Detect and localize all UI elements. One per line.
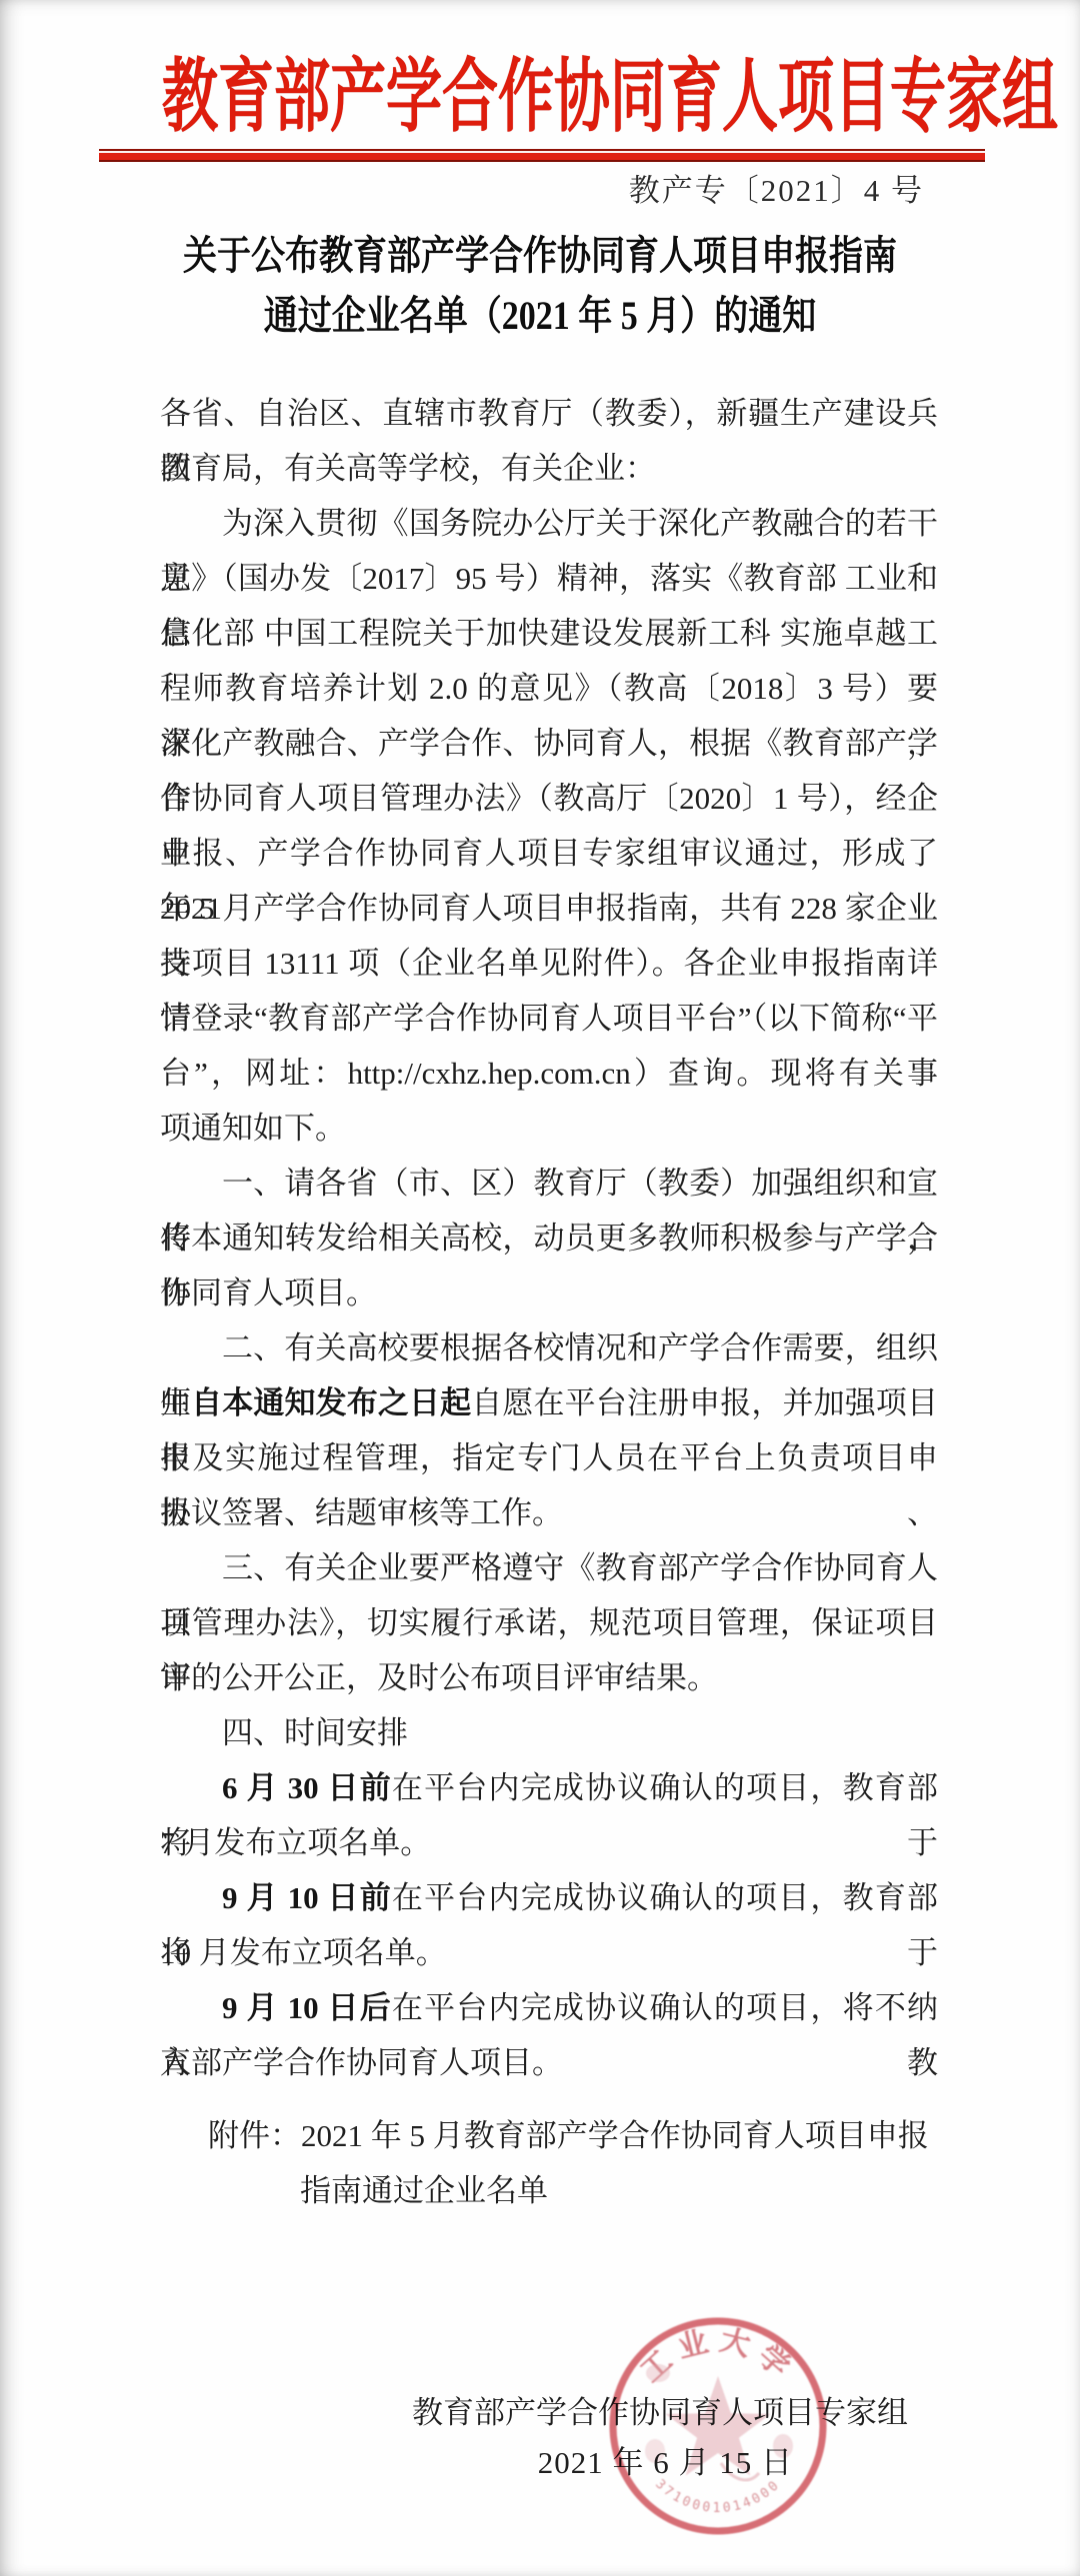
body-line: 9 月 10 日前在平台内完成协议确认的项目，教育部将于 xyxy=(160,1870,938,1925)
body-line: 报及实施过程管理，指定专门人员在平台上负责项目申报、 xyxy=(160,1430,938,1485)
notice-title-line-1: 关于公布教育部产学合作协同育人项目申报指南 xyxy=(81,226,999,286)
notice-title: 关于公布教育部产学合作协同育人项目申报指南 通过企业名单（2021 年 5 月）… xyxy=(81,226,999,346)
body-line: 请登录“教育部产学合作协同育人项目平台”（以下简称“平 xyxy=(160,991,938,1046)
attachment-line-2: 指南通过企业名单 xyxy=(160,2163,938,2218)
sign-date: 2021 年 6 月 15 日 xyxy=(160,2438,938,2488)
body-line: 各省、自治区、直辖市教育厅（教委），新疆生产建设兵团 xyxy=(160,386,938,441)
body-line: 息化部 中国工程院关于加快建设发展新工科 实施卓越工 xyxy=(160,606,938,661)
body-line: 持项目 13111 项（企业名单见附件）。各企业申报指南详情 xyxy=(160,936,938,991)
attachment-line-1: 附件：2021 年 5 月教育部产学合作协同育人项目申报 xyxy=(160,2108,938,2163)
masthead-title: 教育部产学合作协同育人项目专家组 xyxy=(162,54,918,142)
body-line: 项通知如下。 xyxy=(160,1101,938,1156)
body-line: 审的公开公正，及时公布项目评审结果。 xyxy=(160,1650,938,1705)
body-line: 将本通知转发给相关高校，动员更多教师积极参与产学合作 xyxy=(160,1211,938,1266)
notice-title-line-2: 通过企业名单（2021 年 5 月）的通知 xyxy=(81,286,999,346)
signature-block: 教育部产学合作协同育人项目专家组 2021 年 6 月 15 日 xyxy=(160,2388,938,2488)
scanned-notice-page: 教育部产学合作协同育人项目专家组 教产专〔2021〕4 号 关于公布教育部产学合… xyxy=(0,0,1080,2576)
body-line: 台”，网址：http://cxhz.hep.com.cn）查询。现将有关事 xyxy=(160,1046,938,1101)
document-footer: 附件：2021 年 5 月教育部产学合作协同育人项目申报 指南通过企业名单 教育… xyxy=(160,2090,938,2488)
red-separator-rule xyxy=(99,149,985,162)
body-line: 二、有关高校要根据各校情况和产学合作需要，组织师 xyxy=(160,1320,938,1375)
attachment-note: 附件：2021 年 5 月教育部产学合作协同育人项目申报 指南通过企业名单 xyxy=(160,2108,938,2218)
body-line: 一、请各省（市、区）教育厅（教委）加强组织和宣传， xyxy=(160,1156,938,1211)
body-line: 作协同育人项目管理办法》（教高厅〔2020〕1 号），经企业 xyxy=(160,771,938,826)
body-line: 9 月 10 日后在平台内完成协议确认的项目，将不纳入教 xyxy=(160,1980,938,2035)
body-line: 协同育人项目。 xyxy=(160,1266,938,1320)
body-line: 为深入贯彻《国务院办公厅关于深化产教融合的若干意 xyxy=(160,496,938,551)
document-number: 教产专〔2021〕4 号 xyxy=(629,174,924,208)
body-line: 见》（国办发〔2017〕95 号）精神，落实《教育部 工业和信 xyxy=(160,551,938,606)
body-line: 目管理办法》，切实履行承诺，规范项目管理，保证项目评 xyxy=(160,1595,938,1650)
body-line: 申报、产学合作协同育人项目专家组审议通过，形成了 2021 xyxy=(160,826,938,881)
body-line: 6 月 30 日前在平台内完成协议确认的项目，教育部将于 xyxy=(160,1760,938,1815)
body-line: 生自本通知发布之日起自愿在平台注册申报，并加强项目申 xyxy=(160,1375,938,1430)
body-line: 深化产教融合、产学合作、协同育人，根据《教育部产学合 xyxy=(160,716,938,771)
body-line: 三、有关企业要严格遵守《教育部产学合作协同育人项 xyxy=(160,1540,938,1595)
signer-name: 教育部产学合作协同育人项目专家组 xyxy=(160,2388,938,2438)
document-body: 各省、自治区、直辖市教育厅（教委），新疆生产建设兵团教育局，有关高等学校，有关企… xyxy=(160,386,938,2090)
body-line: 教育局，有关高等学校，有关企业： xyxy=(160,441,938,496)
body-line: 程师教育培养计划 2.0 的意见》（教高〔2018〕3 号）要求， xyxy=(160,661,938,716)
body-line: 年 5 月产学合作协同育人项目申报指南，共有 228 家企业支 xyxy=(160,881,938,936)
body-line: 四、时间安排 xyxy=(160,1705,938,1760)
